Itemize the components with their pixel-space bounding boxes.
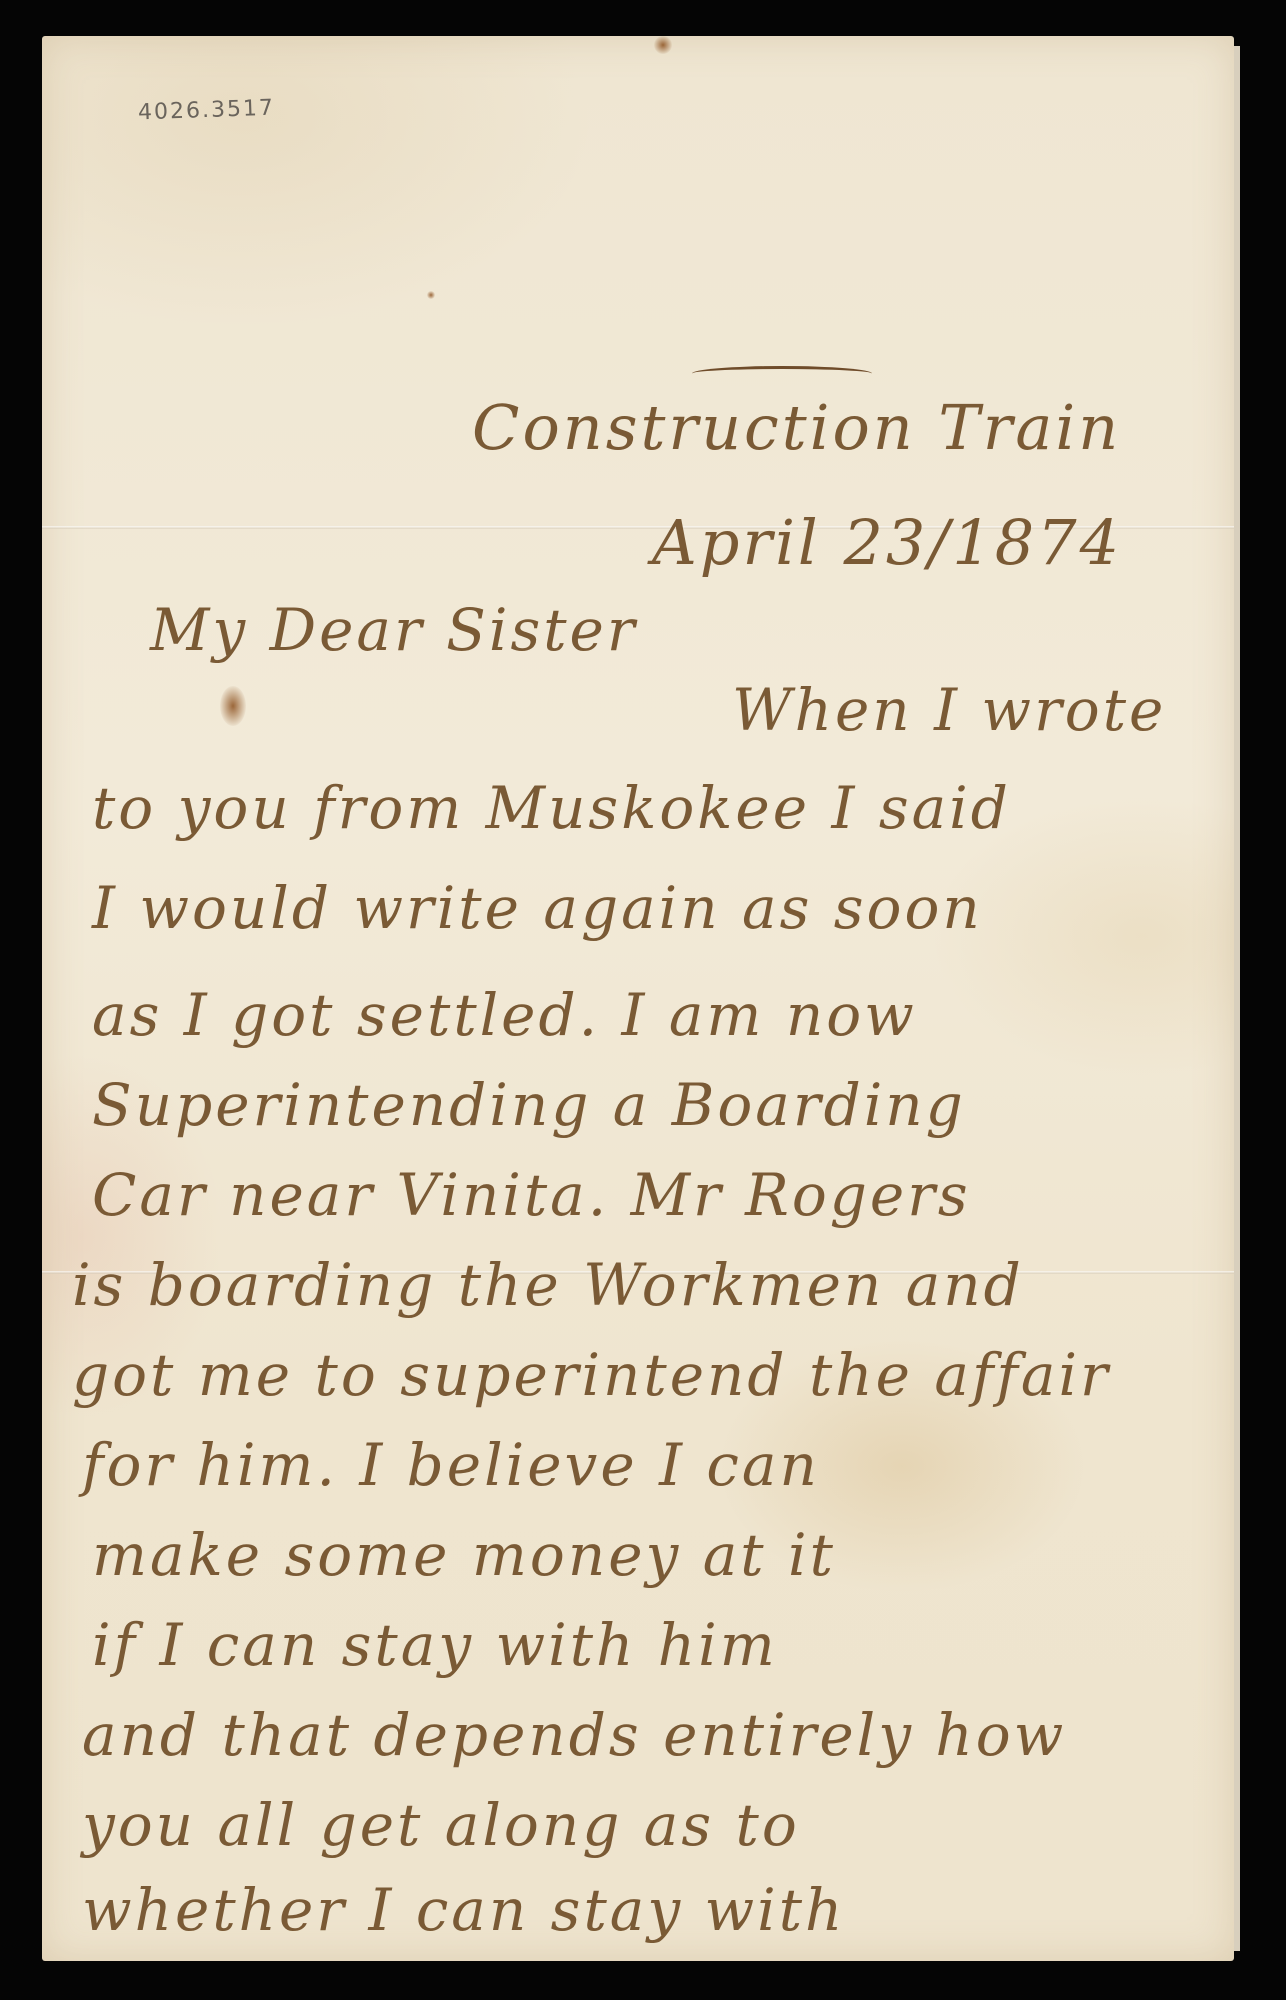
body-line: is boarding the Workmen and <box>72 1251 1024 1319</box>
page-edge <box>1234 46 1240 1951</box>
body-line: as I got settled. I am now <box>92 981 917 1049</box>
letter-place: Construction Train <box>472 391 1121 464</box>
body-line: for him. I believe I can <box>82 1431 820 1499</box>
body-line: Car near Vinita. Mr Rogers <box>92 1161 971 1229</box>
body-line: I would write again as soon <box>92 874 983 942</box>
ink-stain <box>220 686 246 726</box>
body-line: got me to superintend the affair <box>72 1341 1111 1409</box>
body-line: if I can stay with him <box>92 1611 778 1679</box>
body-line: Superintending a Boarding <box>92 1071 966 1139</box>
ink-dot <box>427 291 435 299</box>
letter-page: 4026.3517 Construction Train April 23/18… <box>42 36 1234 1961</box>
body-line: to you from Muskokee I said <box>92 774 1011 842</box>
letter-date: April 23/1874 <box>652 506 1122 579</box>
heading-flourish <box>692 366 872 381</box>
body-line: you all get along as to <box>82 1791 800 1859</box>
salutation: My Dear Sister <box>150 596 638 664</box>
body-line: When I wrote <box>732 676 1166 744</box>
ink-blot <box>654 36 672 54</box>
catalog-number: 4026.3517 <box>138 96 276 126</box>
body-line: whether I can stay with <box>82 1876 845 1944</box>
body-line: and that depends entirely how <box>82 1701 1066 1769</box>
body-line: make some money at it <box>92 1521 836 1589</box>
